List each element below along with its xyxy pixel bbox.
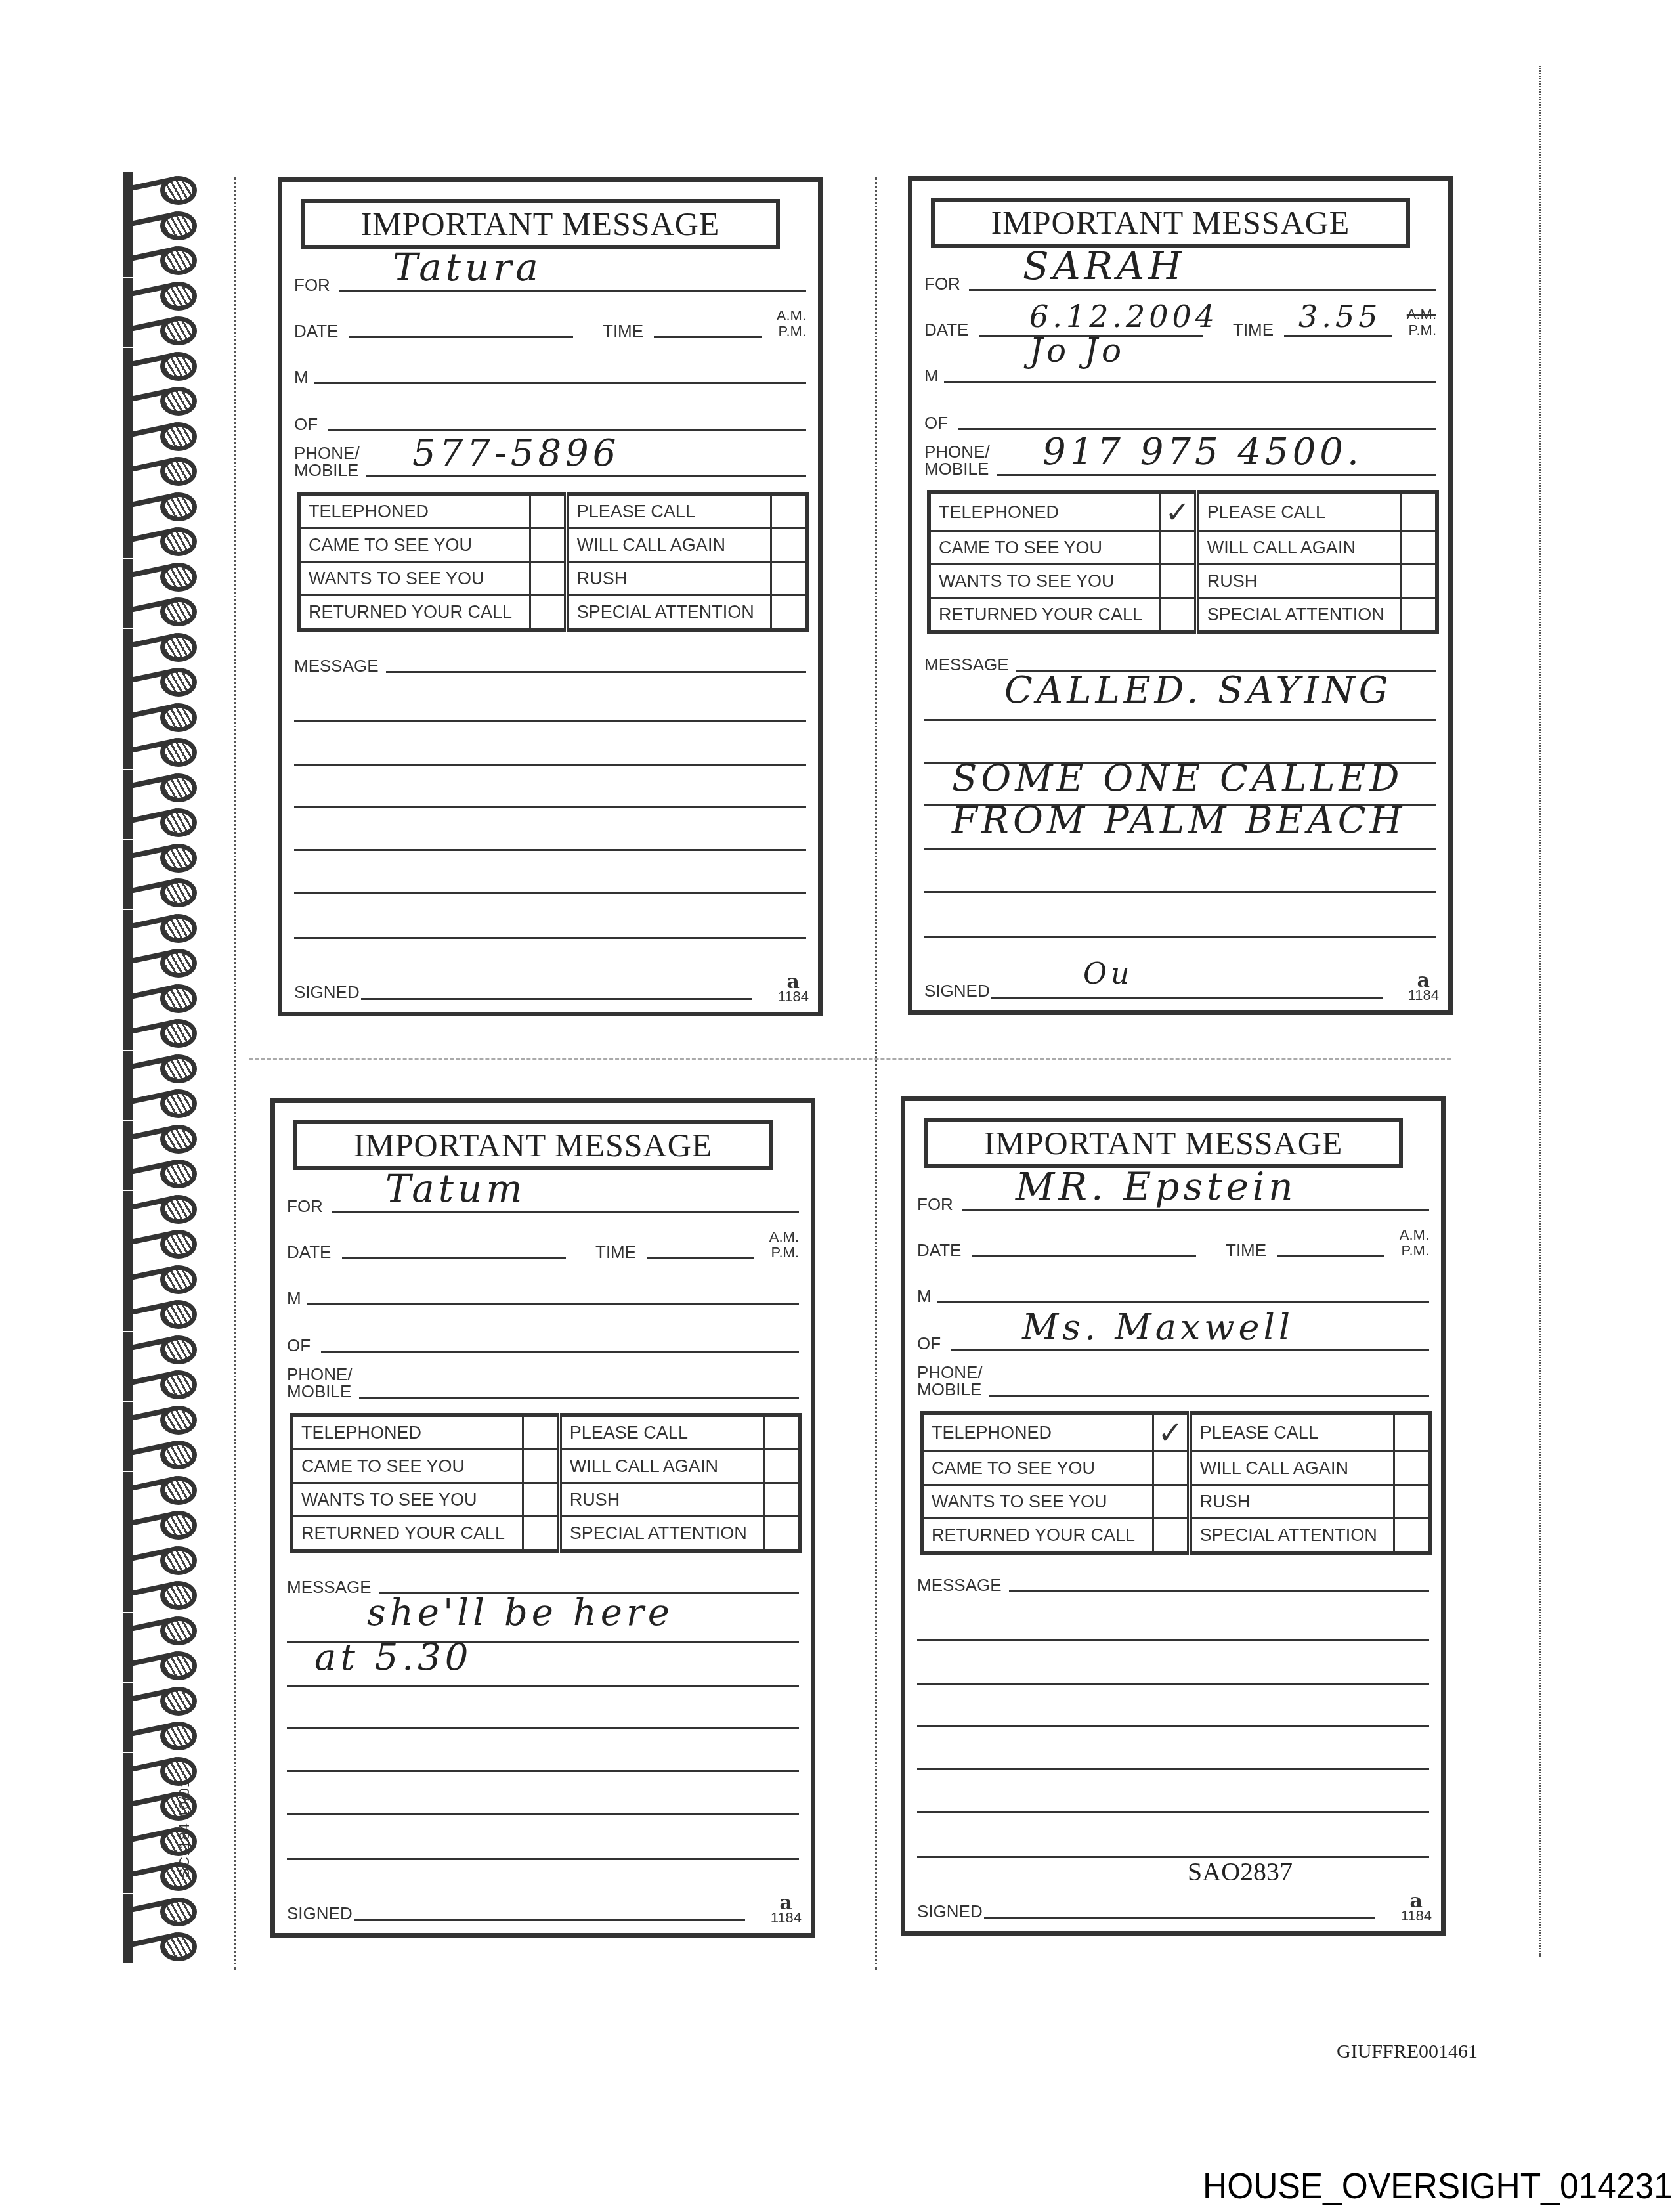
message-ruled-line [294,806,806,808]
status-checkbox-table: TELEPHONED✓PLEASE CALLCAME TO SEE YOUWIL… [927,490,1439,634]
signed-underline[interactable] [991,997,1383,999]
date-underline [972,1255,1196,1257]
form-number-text: 1184 [1401,1907,1432,1924]
checkbox-row: CAME TO SEE YOUWILL CALL AGAIN [291,1450,800,1483]
spiral-coil-icon [123,242,196,271]
time-label: TIME [595,1244,636,1261]
m-label: M [917,1288,932,1305]
message-ruled-line [287,1685,799,1687]
message-card-top-left: IMPORTANT MESSAGEFORTaturaDATETIMEA.M.P.… [278,177,823,1016]
form-number-text: 1184 [1408,987,1439,1003]
am-pm-indicator[interactable]: A.M.P.M. [777,308,806,339]
phone-label: MOBILE [294,462,358,479]
phone-underline [989,1395,1429,1397]
message-ruled-line [924,891,1436,893]
checkbox-special-attention[interactable] [1394,1519,1430,1553]
phone-label-line1: PHONE/ [294,445,360,462]
field-for[interactable]: FORMR. Epstein [917,1173,1429,1213]
for-handwritten-value: Tatura [393,245,542,290]
phone-label-line1: PHONE/ [287,1366,353,1383]
checkbox-label: RETURNED YOUR CALL [929,598,1160,633]
card-title: IMPORTANT MESSAGE [293,1120,773,1170]
checkbox-special-attention[interactable] [771,596,807,630]
date-label: DATE [924,321,968,338]
for-underline [969,289,1436,291]
message-handwritten-line: FROM PALM BEACH [952,799,1406,842]
checkbox-wants-to-see-you[interactable] [1153,1485,1190,1519]
spiral-coil-icon [123,770,196,798]
checkbox-special-attention[interactable] [1402,598,1438,633]
checkbox-came-to-see-you[interactable] [1160,531,1197,565]
m-label: M [924,367,939,384]
form-number: a1184 [771,1896,802,1925]
spiral-coil-icon [123,453,196,482]
spiral-coil-icon [123,1051,196,1079]
spiral-coil-icon [123,980,196,1009]
checkbox-row: RETURNED YOUR CALLSPECIAL ATTENTION [291,1517,800,1551]
checkbox-label: CAME TO SEE YOU [929,531,1160,565]
message-ruled-line [924,936,1436,938]
checkbox-will-call-again[interactable] [771,529,807,562]
checkbox-label: RUSH [1197,565,1402,598]
message-label: MESSAGE [924,656,1009,673]
spiral-coil-icon [123,1191,196,1220]
checkbox-label: WILL CALL AGAIN [1197,531,1402,565]
spiral-coil-icon [123,1683,196,1712]
field-of[interactable]: OF [287,1314,799,1354]
field-of[interactable]: OF [294,393,806,433]
m-label: M [287,1290,301,1307]
checkbox-row: WANTS TO SEE YOURUSH [299,562,807,596]
spiral-coil-icon [123,1753,196,1782]
spiral-coil-icon [123,1366,196,1395]
phone-label: MOBILE [287,1383,351,1400]
form-logo-icon: a [1408,974,1439,988]
field-m[interactable]: M [294,346,806,385]
phone-underline [997,474,1436,476]
date-underline [342,1257,566,1259]
m-underline [307,1303,799,1305]
spiral-coil-icon [123,418,196,447]
signed-underline[interactable] [984,1917,1375,1919]
checkbox-came-to-see-you[interactable] [530,529,567,562]
signed-label: SIGNED [917,1901,983,1922]
message-label: MESSAGE [294,657,379,674]
for-label: FOR [287,1198,323,1215]
checkbox-returned-your-call[interactable] [523,1517,559,1551]
checkbox-label: CAME TO SEE YOU [299,529,530,562]
checkbox-label: PLEASE CALL [1190,1413,1394,1452]
form-number-text: 1184 [771,1909,802,1926]
message-ruled-line [924,848,1436,850]
of-label: OF [917,1335,941,1352]
checkbox-rush[interactable] [1402,565,1438,598]
phone-label-line1: PHONE/ [924,443,990,460]
checkbox-label: PLEASE CALL [567,494,771,529]
spiral-coil-icon [123,1437,196,1465]
message-label: MESSAGE [287,1578,372,1595]
message-underline [1009,1590,1429,1592]
spiral-coil-icon [123,664,196,693]
spiral-coil-icon [123,1577,196,1606]
checkbox-row: CAME TO SEE YOUWILL CALL AGAIN [929,531,1437,565]
checkbox-label: RETURNED YOUR CALL [291,1517,523,1551]
checkbox-label: TELEPHONED [291,1415,523,1450]
left-margin-line [234,177,236,1970]
spiral-coil-icon [123,804,196,833]
spiral-coil-icon [123,172,196,201]
time-underline [1284,335,1392,337]
field-m[interactable]: M [287,1267,799,1307]
form-number-text: 1184 [778,988,809,1005]
checkbox-please-call[interactable] [1402,492,1438,531]
center-divider-line [875,177,877,1970]
for-handwritten-value: SARAH [1023,244,1186,288]
checkbox-label: WANTS TO SEE YOU [922,1485,1153,1519]
phone-underline [366,475,806,477]
signed-label: SIGNED [287,1903,353,1924]
checkbox-label: TELEPHONED [299,494,530,529]
message-ruled-line [294,720,806,722]
spiral-coil-icon [123,1015,196,1044]
phone-underline [359,1397,799,1399]
phone-label: MOBILE [924,460,989,477]
m-underline [314,382,806,384]
time-underline [654,336,762,338]
checkbox-telephoned[interactable]: ✓ [1153,1413,1190,1452]
field-date[interactable]: DATETIMEA.M.P.M. [917,1219,1429,1259]
checkbox-rush[interactable] [764,1483,800,1517]
date-label: DATE [294,322,338,339]
spiral-coil-icon [123,1507,196,1536]
checkbox-label: RUSH [567,562,771,596]
pm-label: P.M. [1400,1243,1429,1259]
message-ruled-line [917,1725,1429,1727]
checkbox-label: SPECIAL ATTENTION [559,1517,764,1551]
for-label: FOR [294,276,330,293]
checkbox-came-to-see-you[interactable] [1153,1452,1190,1485]
phone-label: MOBILE [917,1381,981,1398]
checkbox-label: WILL CALL AGAIN [1190,1452,1394,1485]
of-label: OF [287,1337,311,1354]
message-card-bottom-right: IMPORTANT MESSAGEFORMR. EpsteinDATETIMEA… [901,1096,1446,1936]
message-underline [386,671,806,673]
spiral-coil-icon [123,1226,196,1255]
message-card-bottom-left: IMPORTANT MESSAGEFORTatumDATETIMEA.M.P.M… [270,1098,815,1938]
of-underline [328,429,806,431]
am-label: A.M. [1400,1227,1429,1243]
message-ruled-line [917,1639,1429,1641]
status-checkbox-table: TELEPHONED✓PLEASE CALLCAME TO SEE YOUWIL… [920,1411,1432,1555]
m-underline [944,381,1436,383]
for-handwritten-value: Tatum [385,1166,526,1211]
spiral-coil-icon [123,559,196,588]
checkbox-please-call[interactable] [771,494,807,529]
time-label: TIME [603,322,643,339]
time-label: TIME [1226,1242,1266,1259]
checkbox-row: CAME TO SEE YOUWILL CALL AGAIN [922,1452,1430,1485]
message-ruled-line [917,1683,1429,1685]
form-number: a1184 [1401,1894,1432,1923]
message-card-top-right: IMPORTANT MESSAGEFORSARAHDATE6.12.2004TI… [908,176,1453,1015]
checkbox-row: TELEPHONED✓PLEASE CALL [929,492,1437,531]
message-handwritten-line: at 5.30 [314,1636,472,1679]
checkbox-will-call-again[interactable] [764,1450,800,1483]
message-ruled-line [294,937,806,939]
checkbox-rush[interactable] [771,562,807,596]
form-logo-icon: a [1401,1894,1432,1909]
checkbox-label: PLEASE CALL [559,1415,764,1450]
spiral-coil-icon [123,383,196,412]
spiral-coil-icon [123,1332,196,1360]
spiral-coil-icon [123,1542,196,1571]
time-label: TIME [1233,321,1274,338]
checkbox-came-to-see-you[interactable] [523,1450,559,1483]
checkbox-label: CAME TO SEE YOU [922,1452,1153,1485]
spiral-coil-icon [123,488,196,517]
checkbox-wants-to-see-you[interactable] [530,562,567,596]
date-underline [349,336,573,338]
am-label: A.M. [1407,307,1436,322]
message-ruled-line [294,892,806,894]
m-handwritten-value: Jo Jo [1029,332,1125,370]
spiral-coil-icon [123,1402,196,1431]
date-label: DATE [287,1244,331,1261]
checkbox-please-call[interactable] [764,1415,800,1450]
checkbox-label: RUSH [559,1483,764,1517]
message-ruled-line [917,1856,1429,1858]
binding-code: SC1184 10/01 [176,1779,193,1878]
checkbox-returned-your-call[interactable] [1160,598,1197,633]
message-ruled-line [287,1813,799,1815]
checkbox-label: RUSH [1190,1485,1394,1519]
field-message[interactable]: MESSAGE [287,1556,799,1595]
for-underline [332,1211,799,1213]
time-underline [1277,1255,1384,1257]
field-phone[interactable]: PHONE/MOBILE577-5896 [294,439,806,479]
checkbox-label: SPECIAL ATTENTION [567,596,771,630]
field-message[interactable]: MESSAGE [917,1554,1429,1594]
signed-label: SIGNED [924,981,990,1001]
message-ruled-line [917,1811,1429,1813]
pm-label: P.M. [1407,322,1436,338]
date-handwritten-value: 6.12.2004 [1029,299,1218,334]
checkbox-label: TELEPHONED [929,492,1160,531]
card-title: IMPORTANT MESSAGE [924,1118,1403,1168]
checkbox-label: SPECIAL ATTENTION [1190,1519,1394,1553]
field-of[interactable]: OFMs. Maxwell [917,1312,1429,1352]
spiral-coil-icon [123,1472,196,1501]
card-title: IMPORTANT MESSAGE [301,199,780,249]
field-m[interactable]: MJo Jo [924,345,1436,384]
card-title: IMPORTANT MESSAGE [931,198,1410,248]
signed-underline[interactable] [361,998,752,1000]
spiral-coil-icon [123,1613,196,1641]
message-handwritten-line: CALLED. SAYING [1004,669,1392,712]
m-label: M [294,368,309,385]
spiral-coil-icon [123,875,196,903]
spiral-coil-icon [123,734,196,763]
spiral-coil-icon [123,523,196,552]
spiral-binding [123,172,196,1971]
field-for[interactable]: FORTatum [287,1175,799,1215]
am-pm-indicator[interactable]: A.M.P.M. [769,1229,799,1261]
time-underline [647,1257,754,1259]
checkbox-label: WILL CALL AGAIN [567,529,771,562]
checkbox-will-call-again[interactable] [1402,531,1438,565]
checkbox-row: WANTS TO SEE YOURUSH [929,565,1437,598]
checkbox-label: WILL CALL AGAIN [559,1450,764,1483]
message-ruled-line [917,1768,1429,1770]
for-handwritten-value: MR. Epstein [1016,1164,1297,1209]
of-underline [951,1349,1429,1351]
checkbox-row: WANTS TO SEE YOURUSH [922,1485,1430,1519]
document-stamp: SAO2837 [1188,1856,1293,1887]
checkbox-label: RETURNED YOUR CALL [922,1519,1153,1553]
spiral-coil-icon [123,629,196,658]
message-label: MESSAGE [917,1576,1002,1594]
bates-house-oversight: HOUSE_OVERSIGHT_014231 [1203,2164,1673,2207]
spiral-coil-icon [123,207,196,236]
spiral-coil-icon [123,1121,196,1150]
spiral-coil-icon [123,348,196,377]
message-handwritten-line: she'll be here [367,1592,674,1634]
phone-handwritten-value: 917 975 4500. [1042,431,1363,473]
checkbox-row: TELEPHONED✓PLEASE CALL [922,1413,1430,1452]
message-handwritten-line: SOME ONE CALLED [952,757,1403,800]
date-label: DATE [917,1242,961,1259]
field-of[interactable]: OF [924,392,1436,431]
field-for[interactable]: FORSARAH [924,253,1436,292]
form-logo-icon: a [778,975,809,989]
message-ruled-line [294,849,806,851]
checkbox-telephoned[interactable]: ✓ [1160,492,1197,531]
right-edge-line [1539,66,1541,1957]
checkbox-row: TELEPHONEDPLEASE CALL [291,1415,800,1450]
time-handwritten-value: 3.55 [1298,299,1381,334]
spiral-coil-icon [123,1296,196,1325]
checkbox-telephoned[interactable] [530,494,567,529]
m-underline [937,1301,1429,1303]
spiral-coil-icon [123,1928,196,1957]
am-label: A.M. [777,308,806,324]
for-underline [962,1209,1429,1211]
message-ruled-line [287,1858,799,1860]
message-ruled-line [294,764,806,766]
bates-giuffre: GIUFFRE001461 [1337,2041,1478,2063]
checkbox-row: RETURNED YOUR CALLSPECIAL ATTENTION [929,598,1437,633]
of-underline [321,1351,799,1353]
for-label: FOR [917,1196,953,1213]
spiral-coil-icon [123,840,196,869]
checkbox-row: TELEPHONEDPLEASE CALL [299,494,807,529]
status-checkbox-table: TELEPHONEDPLEASE CALLCAME TO SEE YOUWILL… [297,492,809,632]
pm-label: P.M. [769,1245,799,1261]
checkbox-row: RETURNED YOUR CALLSPECIAL ATTENTION [299,596,807,630]
spiral-coil-icon [123,1718,196,1746]
spiral-coil-icon [123,1085,196,1114]
checkbox-label: WANTS TO SEE YOU [929,565,1160,598]
of-label: OF [294,416,318,433]
checkbox-label: PLEASE CALL [1197,492,1402,531]
checkbox-row: WANTS TO SEE YOURUSH [291,1483,800,1517]
for-underline [339,290,806,292]
form-number: a1184 [778,975,809,1004]
field-message[interactable]: MESSAGE [294,635,806,674]
phone-handwritten-value: 577-5896 [412,432,620,475]
field-for[interactable]: FORTatura [294,254,806,293]
field-m[interactable]: M [917,1265,1429,1305]
field-phone[interactable]: PHONE/MOBILE [287,1360,799,1400]
field-phone[interactable]: PHONE/MOBILE [917,1358,1429,1398]
checkbox-label: CAME TO SEE YOU [291,1450,523,1483]
phone-label-line1: PHONE/ [917,1364,983,1381]
message-ruled-line [287,1727,799,1729]
am-pm-indicator[interactable]: A.M.P.M. [1400,1227,1429,1259]
spiral-coil-icon [123,699,196,728]
checkbox-wants-to-see-you[interactable] [1160,565,1197,598]
field-date[interactable]: DATETIMEA.M.P.M. [287,1221,799,1261]
field-date[interactable]: DATE6.12.2004TIME3.55A.M.P.M. [924,299,1436,338]
checkbox-row: RETURNED YOUR CALLSPECIAL ATTENTION [922,1519,1430,1553]
checkbox-will-call-again[interactable] [1394,1452,1430,1485]
signed-label: SIGNED [294,982,360,1003]
spiral-coil-icon [123,1647,196,1676]
checkbox-rush[interactable] [1394,1485,1430,1519]
am-label: A.M. [769,1229,799,1245]
checkbox-please-call[interactable] [1394,1413,1430,1452]
checkbox-label: TELEPHONED [922,1413,1153,1452]
checkbox-label: SPECIAL ATTENTION [1197,598,1402,633]
checkmark-icon: ✓ [1158,1415,1184,1450]
pm-label: P.M. [777,324,806,339]
signed-initials: Ou [1083,957,1133,991]
signed-underline[interactable] [354,1919,745,1921]
checkbox-row: CAME TO SEE YOUWILL CALL AGAIN [299,529,807,562]
checkbox-label: WANTS TO SEE YOU [299,562,530,596]
checkbox-wants-to-see-you[interactable] [523,1483,559,1517]
checkbox-returned-your-call[interactable] [1153,1519,1190,1553]
checkbox-telephoned[interactable] [523,1415,559,1450]
of-handwritten-value: Ms. Maxwell [1022,1307,1294,1348]
checkbox-label: RETURNED YOUR CALL [299,596,530,630]
spiral-coil-icon [123,910,196,939]
checkbox-special-attention[interactable] [764,1517,800,1551]
am-pm-indicator[interactable]: A.M.P.M. [1407,307,1436,338]
spiral-coil-icon [123,1894,196,1922]
spiral-coil-icon [123,594,196,622]
spiral-coil-icon [123,1261,196,1290]
message-ruled-line [287,1770,799,1772]
form-number: a1184 [1408,974,1439,1003]
for-label: FOR [924,275,960,292]
checkbox-label: WANTS TO SEE YOU [291,1483,523,1517]
checkmark-icon: ✓ [1165,494,1191,530]
message-ruled-line [924,719,1436,721]
spiral-coil-icon [123,313,196,341]
field-message[interactable]: MESSAGE [924,634,1436,673]
of-underline [958,428,1436,430]
spiral-coil-icon [123,278,196,307]
of-label: OF [924,414,948,431]
field-phone[interactable]: PHONE/MOBILE917 975 4500. [924,438,1436,477]
spiral-coil-icon [123,1156,196,1184]
horizontal-divider-line [249,1058,1451,1060]
form-logo-icon: a [771,1896,802,1911]
checkbox-returned-your-call[interactable] [530,596,567,630]
field-date[interactable]: DATETIMEA.M.P.M. [294,300,806,339]
status-checkbox-table: TELEPHONEDPLEASE CALLCAME TO SEE YOUWILL… [290,1413,802,1553]
